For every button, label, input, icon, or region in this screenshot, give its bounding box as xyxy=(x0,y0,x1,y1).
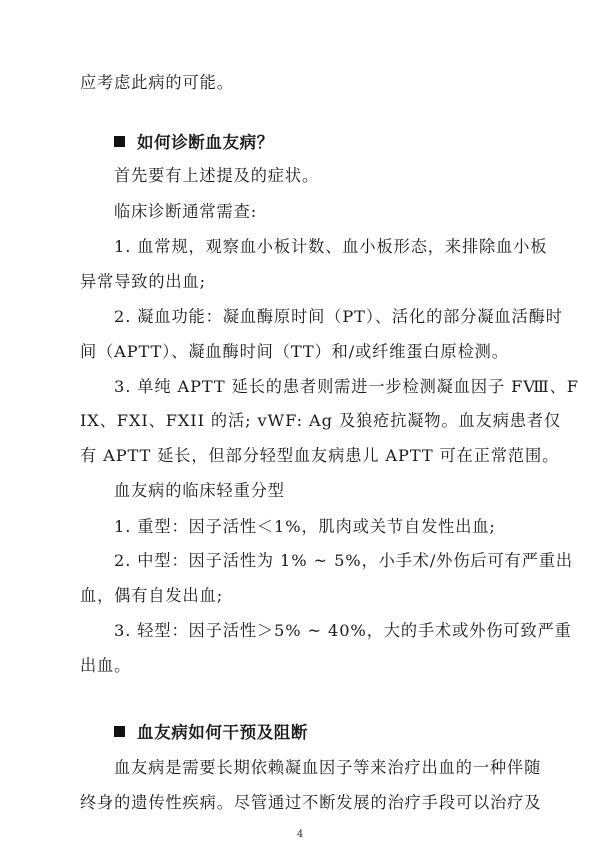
section-heading-intervention: 血友病如何干预及阻断 xyxy=(114,723,308,743)
square-bullet-icon xyxy=(114,136,125,147)
heading-text: 血友病如何干预及阻断 xyxy=(137,723,308,742)
list-item-line: 1. 重型：因子活性＜1%，肌肉或关节自发性出血; xyxy=(114,517,520,537)
paragraph-line: 终身的遗传性疾病。尽管通过不断发展的治疗手段可以治疗及 xyxy=(80,793,520,813)
paragraph-line: 应考虑此病的可能。 xyxy=(80,73,520,93)
list-item-line: 血，偶有自发出血; xyxy=(80,586,520,606)
list-item-line: 出血。 xyxy=(80,656,520,676)
paragraph-line: 血友病是需要长期依赖凝血因子等来治疗出血的一种伴随 xyxy=(114,758,520,778)
paragraph-line: 首先要有上述提及的症状。 xyxy=(114,166,520,186)
list-item-line: 2. 凝血功能：凝血酶原时间（PT）、活化的部分凝血活酶时 xyxy=(114,307,520,327)
page-number: 4 xyxy=(0,829,600,840)
square-bullet-icon xyxy=(114,726,125,737)
list-item-line: 3. 轻型：因子活性＞5% ~ 40%，大的手术或外伤可致严重 xyxy=(114,621,520,641)
list-item-line: IX、FXI、FXII 的活; vWF: Ag 及狼疮抗凝物。血友病患者仅 xyxy=(80,411,520,431)
list-item-line: 2. 中型：因子活性为 1% ~ 5%，小手术/外伤后可有严重出 xyxy=(114,551,520,571)
paragraph-line: 临床诊断通常需查: xyxy=(114,202,520,222)
subheading-line: 血友病的临床轻重分型 xyxy=(114,481,520,501)
list-item-line: 有 APTT 延长，但部分轻型血友病患儿 APTT 可在正常范围。 xyxy=(80,446,520,466)
list-item-line: 间（APTT）、凝血酶时间（TT）和/或纤维蛋白原检测。 xyxy=(80,342,520,362)
heading-text: 如何诊断血友病？ xyxy=(137,133,274,152)
section-heading-diagnosis: 如何诊断血友病？ xyxy=(114,133,274,153)
list-item-line: 异常导致的出血; xyxy=(80,272,520,292)
list-item-line: 3. 单纯 APTT 延长的患者则需进一步检测凝血因子 FⅧ、F xyxy=(114,377,520,397)
document-page: 应考虑此病的可能。 如何诊断血友病？ 首先要有上述提及的症状。 临床诊断通常需查… xyxy=(0,0,600,849)
list-item-line: 1. 血常规，观察血小板计数、血小板形态，来排除血小板 xyxy=(114,237,520,257)
